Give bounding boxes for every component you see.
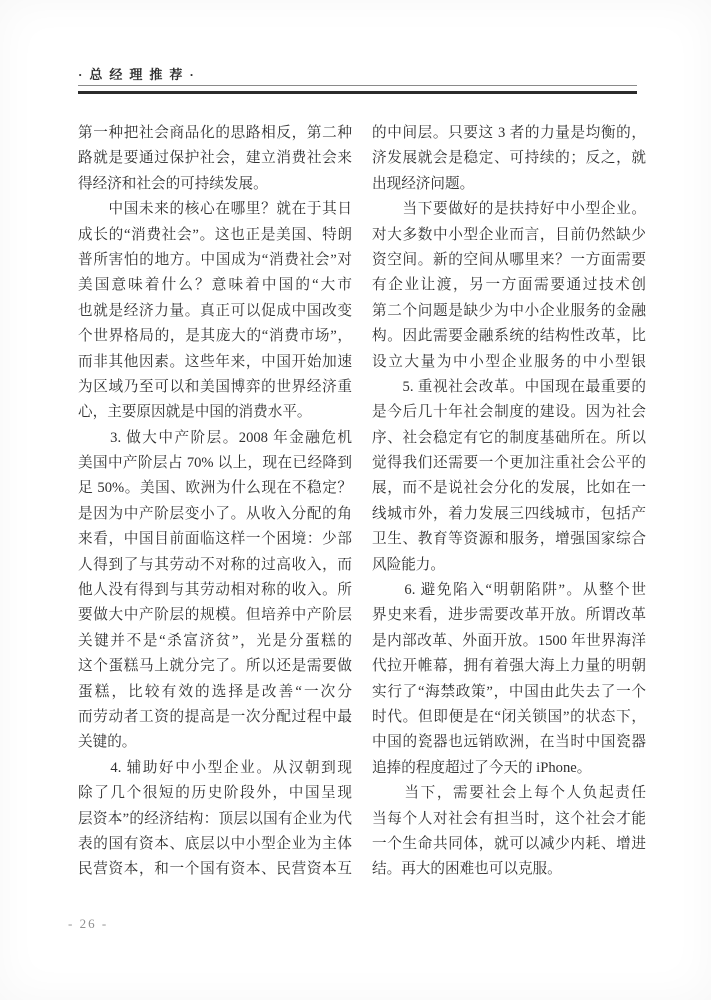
text-line: 路就是要通过保护社会，建立消费社会来取 (78, 146, 352, 171)
text-line: 足 50%。美国、欧洲为什么现在不稳定？就 (78, 476, 352, 501)
text-line: 得经济和社会的可持续发展。 (78, 172, 352, 197)
text-line: 而非其他因素。这些年来，中国开始加速成 (78, 350, 352, 375)
text-line: 风险能力。 (372, 553, 646, 578)
text-line: 实行了“海禁政策”，中国由此失去了一个 (372, 680, 646, 705)
text-line: 有企业让渡，另一方面需要通过技术创新。 (372, 273, 646, 298)
text-line: 展，而不是说社会分化的发展，比如在一二 (372, 476, 646, 501)
text-line: 6. 避免陷入“明朝陷阱”。从整个世 (372, 578, 646, 603)
text-line: 时代。但即便是在“闭关锁国”的状态下， (372, 705, 646, 730)
text-line: 当每个人对社会有担当时，这个社会才能是 (372, 807, 646, 832)
text-line: 序、社会稳定有它的制度基础所在。所以我 (372, 426, 646, 451)
text-line: 出现经济问题。 (372, 172, 646, 197)
text-line: 蛋糕，比较有效的选择是改善“一次分配”， (78, 680, 352, 705)
text-line: 中国未来的核心在哪里？就在于其日渐 (78, 197, 352, 222)
text-line: 济发展就会是稳定、可持续的；反之，就会 (372, 146, 646, 171)
text-line: 觉得我们还需要一个更加注重社会公平的发 (372, 451, 646, 476)
text-line: 要做大中产阶层的规模。但培养中产阶层的 (78, 603, 352, 628)
text-line: 卫生、教育等资源和服务，增强国家综合抗 (372, 527, 646, 552)
text-line: 为区域乃至可以和美国博弈的世界经济重 (78, 375, 352, 400)
text-line: 除了几个很短的历史阶段外，中国呈现出“三 (78, 781, 352, 806)
left-column: 第一种把社会商品化的思路相反，第二种思路就是要通过保护社会，建立消费社会来取得经… (78, 121, 352, 883)
text-line: 中国的瓷器也远销欧洲，在当时中国瓷器受 (372, 730, 646, 755)
text-line: 一个生命共同体，就可以减少内耗、增进团 (372, 832, 646, 857)
right-column: 的中间层。只要这 3 者的力量是均衡的，经济发展就会是稳定、可持续的；反之，就会… (372, 121, 646, 883)
text-line: 美国中产阶层占 70% 以上，现在已经降到不 (78, 451, 352, 476)
text-line: 线城市外，着力发展三四线城市，包括产业、 (372, 502, 646, 527)
text-line: 他人没有得到与其劳动相对称的收入。所以， (78, 578, 352, 603)
text-line: 关键的。 (78, 730, 352, 755)
text-line: 第一种把社会商品化的思路相反，第二种思 (78, 121, 352, 146)
text-line: 心，主要原因就是中国的消费水平。 (78, 400, 352, 425)
text-line: 是因为中产阶层变小了。从收入分配的角度 (78, 502, 352, 527)
text-line: 成长的“消费社会”。这也正是美国、特朗 (78, 223, 352, 248)
text-line: 的中间层。只要这 3 者的力量是均衡的，经 (372, 121, 646, 146)
text-line: 结。再大的困难也可以克服。 (372, 857, 646, 882)
text-line: 资空间。新的空间从哪里来？一方面需要国 (372, 248, 646, 273)
text-line: 个世界格局的，是其庞大的“消费市场”， (78, 324, 352, 349)
text-line: 界史来看，进步需要改革开放。所谓改革就 (372, 603, 646, 628)
text-line: 人得到了与其劳动不对称的过高收入，而其 (78, 553, 352, 578)
document-page: ·总经理推荐· 第一种把社会商品化的思路相反，第二种思路就是要通过保护社会，建立… (0, 0, 711, 1000)
text-line: 普所害怕的地方。中国成为“消费社会”对 (78, 248, 352, 273)
text-line: 关键并不是“杀富济贫”，光是分蛋糕的话， (78, 629, 352, 654)
text-line: 当下要做好的是扶持好中小型企业。 (372, 197, 646, 222)
text-line: 是内部改革、外面开放。1500 年世界海洋时 (372, 629, 646, 654)
text-line: 第二个问题是缺少为中小企业服务的金融机 (372, 299, 646, 324)
section-title: ·总经理推荐· (78, 64, 201, 83)
text-line: 美国意味着什么？意味着中国的“大市场”， (78, 273, 352, 298)
text-line: 民营资本，和一个国有资本、民营资本互动 (78, 857, 352, 882)
text-line: 对大多数中小型企业而言，目前仍然缺少投 (372, 223, 646, 248)
page-number: - 26 - (68, 916, 108, 931)
text-line: 而劳动者工资的提高是一次分配过程中最为 (78, 705, 352, 730)
text-line: 追捧的程度超过了今天的 iPhone。 (372, 756, 646, 781)
text-line: 设立大量为中小型企业服务的中小型银行。 (372, 350, 646, 375)
text-line: 5. 重视社会改革。中国现在最重要的 (372, 375, 646, 400)
text-line: 来看，中国目前面临这样一个困境：少部分 (78, 527, 352, 552)
text-line: 4. 辅助好中小型企业。从汉朝到现在， (78, 756, 352, 781)
text-line: 代拉开帷幕，拥有着强大海上力量的明朝却 (372, 654, 646, 679)
text-line: 层资本”的经济结构：顶层以国有企业为代 (78, 807, 352, 832)
header-rule (78, 85, 637, 94)
text-line: 表的国有资本、底层以中小型企业为主体的 (78, 832, 352, 857)
text-line: 是今后几十年社会制度的建设。因为社会秩 (372, 400, 646, 425)
text-line: 构。因此需要金融系统的结构性改革，比如 (372, 324, 646, 349)
text-line: 也就是经济力量。真正可以促成中国改变整 (78, 299, 352, 324)
text-line: 当下，需要社会上每个人负起责任来。 (372, 781, 646, 806)
page-footer: - 26 - (68, 916, 108, 932)
text-line: 这个蛋糕马上就分完了。所以还是需要做大 (78, 654, 352, 679)
text-line: 3. 做大中产阶层。2008 年金融危机前， (78, 426, 352, 451)
